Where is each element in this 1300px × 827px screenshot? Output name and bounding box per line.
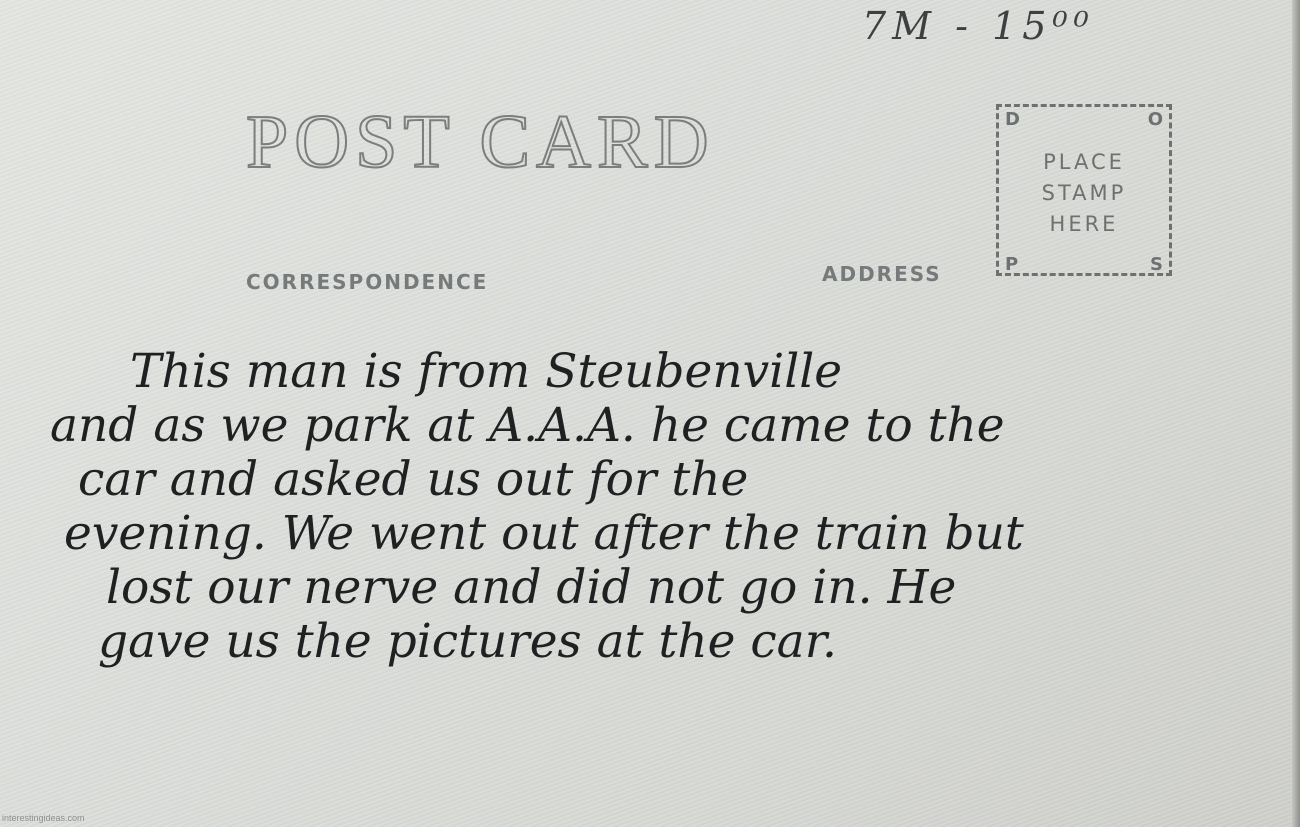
postcard-title: POST CARD — [246, 104, 715, 180]
stamp-line: STAMP — [999, 178, 1169, 209]
stamp-box: D O P S PLACE STAMP HERE — [996, 104, 1172, 276]
stamp-corner-d: D — [1005, 109, 1020, 130]
stamp-corner-o: O — [1148, 109, 1163, 130]
message-line: evening. We went out after the train but — [50, 507, 1250, 561]
handwritten-message: This man is from Steubenville and as we … — [50, 345, 1250, 669]
stamp-corner-p: P — [1005, 254, 1018, 275]
stamp-corner-s: S — [1150, 254, 1163, 275]
message-line: gave us the pictures at the car. — [50, 615, 1250, 669]
card-edge — [1292, 0, 1300, 827]
stamp-line: HERE — [999, 209, 1169, 240]
watermark: interestingideas.com — [2, 813, 85, 823]
correspondence-label: CORRESPONDENCE — [246, 270, 488, 294]
message-line: This man is from Steubenville — [50, 345, 1250, 399]
message-line: lost our nerve and did not go in. He — [50, 561, 1250, 615]
stamp-line: PLACE — [999, 147, 1169, 178]
address-label: ADDRESS — [822, 262, 942, 286]
stamp-instructions: PLACE STAMP HERE — [999, 147, 1169, 240]
message-line: and as we park at A.A.A. he came to the — [50, 399, 1250, 453]
message-line: car and asked us out for the — [50, 453, 1250, 507]
pencil-price-note: 7M - 15⁰⁰ — [862, 4, 1095, 48]
